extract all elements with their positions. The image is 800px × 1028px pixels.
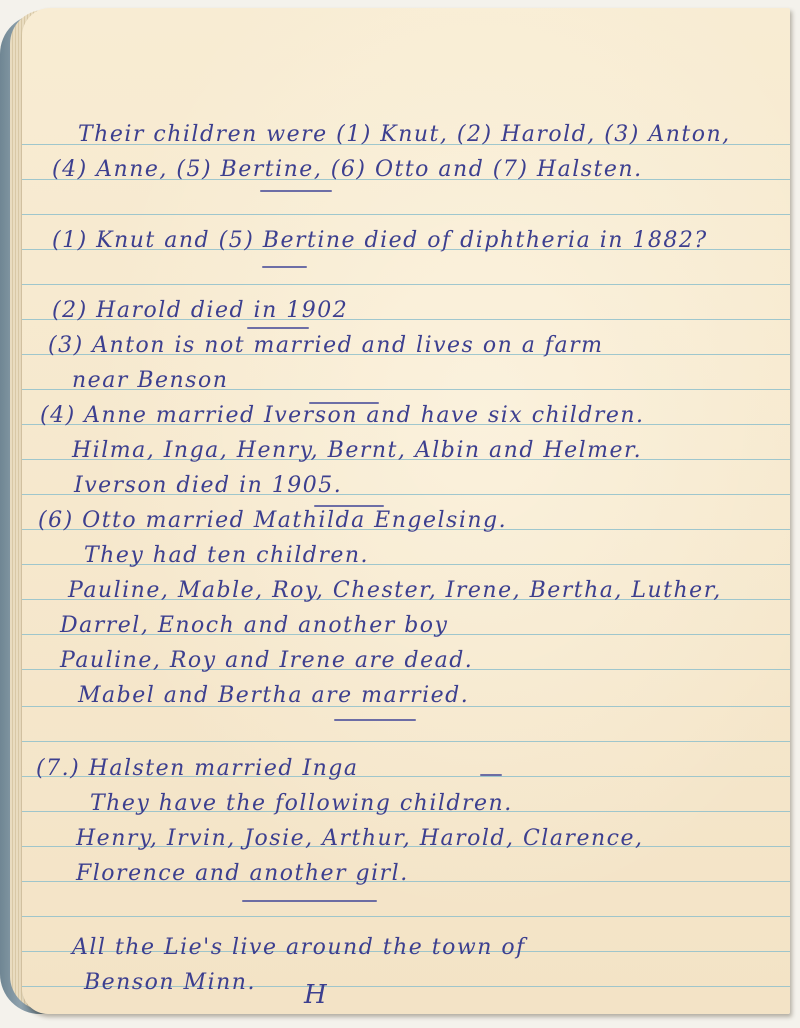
- ruled-line: [22, 284, 790, 285]
- handwritten-line: They had ten children.: [84, 545, 369, 567]
- handwritten-line: (6) Otto married Mathilda Engelsing.: [38, 510, 507, 532]
- ruled-line: [22, 916, 790, 917]
- signature-mark: H: [304, 980, 327, 1010]
- handwritten-line: Mabel and Bertha are married.: [78, 685, 469, 707]
- handwritten-line: (4) Anne married Iverson and have six ch…: [40, 405, 645, 427]
- underline-mark: [334, 719, 416, 721]
- notebook-scene: Their children were (1) Knut, (2) Harold…: [0, 0, 800, 1028]
- handwritten-line: Their children were (1) Knut, (2) Harold…: [78, 124, 731, 146]
- underline-mark: [247, 327, 309, 329]
- underline-mark: [314, 505, 384, 507]
- section-divider: [242, 900, 377, 902]
- ruled-line: [22, 741, 790, 742]
- handwritten-line: All the Lie's live around the town of: [72, 937, 526, 959]
- handwritten-line: (2) Harold died in 1902: [52, 300, 348, 322]
- handwritten-line: Benson Minn.: [84, 972, 256, 994]
- handwritten-line: They have the following children.: [90, 793, 513, 815]
- dash-mark: [480, 774, 502, 776]
- handwritten-line: Pauline, Mable, Roy, Chester, Irene, Ber…: [68, 580, 722, 602]
- handwritten-line: (4) Anne, (5) Bertine, (6) Otto and (7) …: [52, 159, 643, 181]
- handwritten-line: Darrel, Enoch and another boy: [60, 615, 448, 637]
- ruled-line: [22, 214, 790, 215]
- handwritten-line: near Benson: [72, 370, 228, 392]
- notebook-page: Their children were (1) Knut, (2) Harold…: [22, 8, 790, 1014]
- handwritten-line: (7.) Halsten married Inga: [36, 758, 359, 780]
- handwritten-line: Pauline, Roy and Irene are dead.: [60, 650, 473, 672]
- underline-mark: [260, 190, 332, 192]
- underline-mark: [262, 266, 307, 268]
- handwritten-line: Florence and another girl.: [76, 863, 409, 885]
- handwritten-line: Iverson died in 1905.: [74, 475, 342, 497]
- handwritten-line: Hilma, Inga, Henry, Bernt, Albin and Hel…: [72, 440, 642, 462]
- handwritten-line: (1) Knut and (5) Bertine died of diphthe…: [52, 230, 708, 252]
- handwritten-line: (3) Anton is not married and lives on a …: [48, 335, 604, 357]
- handwritten-line: Henry, Irvin, Josie, Arthur, Harold, Cla…: [76, 828, 643, 850]
